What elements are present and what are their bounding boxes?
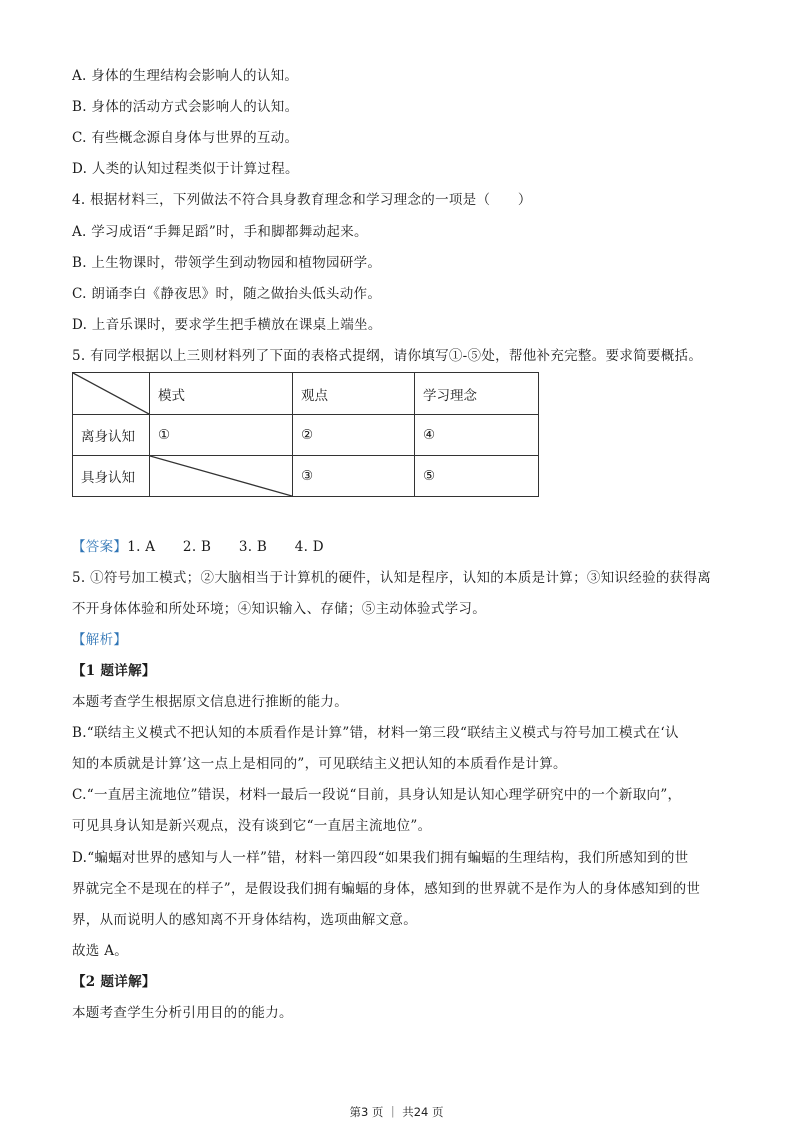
q1-detail-line: D.“蝙蝠对世界的感知与人一样”错，材料一第四段“如果我们拥有蝙蝠的生理结构，我… bbox=[72, 849, 688, 867]
q3-option-c: C. 有些概念源自身体与世界的互动。 bbox=[72, 129, 298, 147]
table-row-label: 具身认知 bbox=[73, 456, 150, 497]
table-cell: ③ bbox=[293, 456, 415, 497]
answer-q5-line1: 5. ①符号加工模式；②大脑相当于计算机的硬件，认知是程序，认知的本质是计算；③… bbox=[72, 569, 711, 587]
answer-label: 【答案】 bbox=[72, 539, 127, 555]
answer-mc: 1. A 2. B 3. B 4. D bbox=[127, 539, 324, 555]
table-cell: ② bbox=[293, 415, 415, 456]
table-row: 离身认知 ① ② ④ bbox=[73, 415, 539, 456]
diagonal-line-icon bbox=[73, 373, 149, 414]
q3-option-d: D. 人类的认知过程类似于计算过程。 bbox=[72, 160, 299, 178]
analysis-label: 【解析】 bbox=[72, 631, 127, 649]
q1-detail-line: 知的本质就是计算’这一点上是相同的”，可见联结主义把认知的本质看作是计算。 bbox=[72, 755, 567, 773]
q1-detail-line: 本题考查学生根据原文信息进行推断的能力。 bbox=[72, 693, 348, 711]
q1-detail-line: 故选 A。 bbox=[72, 942, 128, 960]
table-header-cell: 模式 bbox=[150, 373, 293, 415]
q1-detail-line: 界就完全不是现在的样子”，是假设我们拥有蝙蝠的身体，感知到的世界就不是作为人的身… bbox=[72, 880, 700, 898]
q3-option-b: B. 身体的活动方式会影响人的认知。 bbox=[72, 98, 298, 116]
answer-q5-line2: 不开身体体验和所处环境；④知识输入、存储；⑤主动体验式学习。 bbox=[72, 600, 486, 618]
table-row-label: 离身认知 bbox=[73, 415, 150, 456]
q1-detail-line: 界，从而说明人的感知离不开身体结构，选项曲解文意。 bbox=[72, 911, 417, 929]
table-row: 具身认知 ③ ⑤ bbox=[73, 456, 539, 497]
page-footer: 第3 页 ｜ 共24 页 bbox=[0, 1104, 793, 1120]
q1-detail-title: 【1 题详解】 bbox=[72, 662, 156, 680]
q4-option-b: B. 上生物课时，带领学生到动物园和植物园研学。 bbox=[72, 254, 381, 272]
q4-option-c: C. 朗诵李白《静夜思》时，随之做抬头低头动作。 bbox=[72, 285, 381, 303]
q3-option-a: A. 身体的生理结构会影响人的认知。 bbox=[72, 67, 298, 85]
q1-detail-line: C.“一直居主流地位”错误，材料一最后一段说“目前，具身认知是认知心理学研究中的… bbox=[72, 786, 681, 804]
table-header-cell: 观点 bbox=[293, 373, 415, 415]
q4-option-d: D. 上音乐课时，要求学生把手横放在课桌上端坐。 bbox=[72, 316, 382, 334]
q5-stem: 5. 有同学根据以上三则材料列了下面的表格式提纲，请你填写①-⑤处，帮他补充完整… bbox=[72, 347, 702, 365]
table-header-row: 模式 观点 学习理念 bbox=[73, 373, 539, 415]
table-cell: ① bbox=[150, 415, 293, 456]
q1-detail-line: 可见具身认知是新兴观点，没有谈到它“一直居主流地位”。 bbox=[72, 817, 431, 835]
table-header-cell: 学习理念 bbox=[415, 373, 539, 415]
answer-line: 【答案】1. A 2. B 3. B 4. D bbox=[72, 538, 324, 556]
diagonal-line-icon bbox=[150, 456, 292, 496]
table-cell: ④ bbox=[415, 415, 539, 456]
table-corner-cell bbox=[73, 373, 150, 415]
table-cell: ⑤ bbox=[415, 456, 539, 497]
q4-stem: 4. 根据材料三，下列做法不符合具身教育理念和学习理念的一项是（ ） bbox=[72, 191, 532, 209]
q2-detail-title: 【2 题详解】 bbox=[72, 973, 156, 991]
table-crossed-cell bbox=[150, 456, 293, 497]
q4-option-a: A. 学习成语“手舞足蹈”时，手和脚都舞动起来。 bbox=[72, 223, 368, 241]
q1-detail-line: B.“联结主义模式不把认知的本质看作是计算”错，材料一第三段“联结主义模式与符号… bbox=[72, 724, 679, 742]
q2-detail-line: 本题考查学生分析引用目的的能力。 bbox=[72, 1004, 293, 1022]
q5-outline-table: 模式 观点 学习理念 离身认知 ① ② ④ 具身认知 ③ ⑤ bbox=[72, 372, 539, 497]
